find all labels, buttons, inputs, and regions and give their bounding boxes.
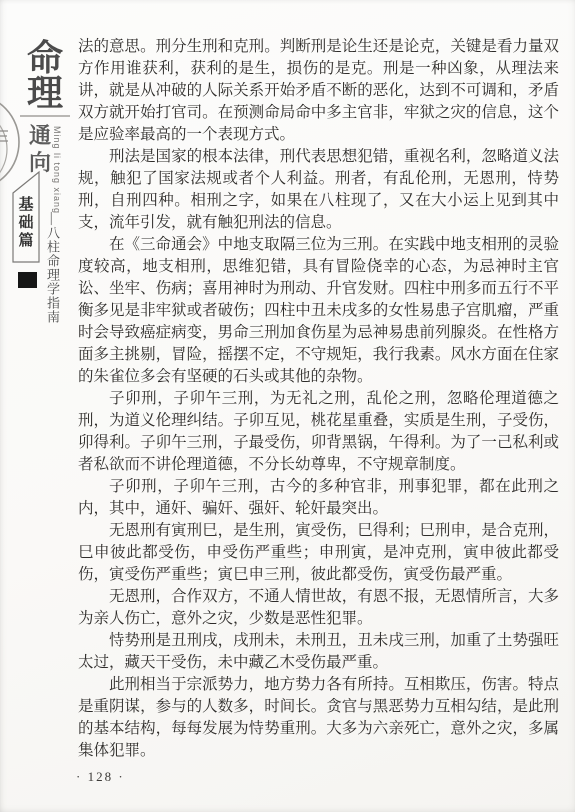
paragraph: 子卯刑，子卯午三刑，为无礼之刑，乱伦之刑，忽略伦理道德之刑，为道义伦理纠结。子卯… — [78, 388, 559, 476]
book-tagline-vertical: —八柱命理学指南 — [43, 212, 62, 332]
page-number: · 128 · — [76, 769, 125, 785]
paragraph: 此刑相当于宗派势力，地方势力各有所持。互相欺压，伤害。特点是重阴谋，参与的人数多… — [78, 674, 559, 762]
title-divider — [20, 115, 70, 117]
series-label: 基础篇 — [15, 196, 37, 250]
accent-square-decoration — [18, 272, 37, 288]
book-subtitle-vertical: 通向 — [28, 122, 52, 176]
book-title-vertical: 命理 — [21, 40, 69, 110]
paragraph: 刑法是国家的根本法律，刑代表思想犯错，重视名利，忽略道义法规，触犯了国家法规或者… — [78, 146, 559, 234]
body-text: 法的意思。刑分生刑和克刑。判断刑是论生还是论克，关键是看力量双方作用谁获利，获利… — [78, 36, 559, 762]
paragraph: 子卯刑，子卯午三刑，古今的多种官非，刑事犯罪，都在此刑之内，其中，通奸、骗奸、强… — [78, 476, 559, 520]
circle-seal-decoration — [0, 95, 19, 189]
paragraph: 无恩刑有寅刑巳，是生刑，寅受伤，巳得利；巳刑申，是合克刑，巳申彼此都受伤，申受伤… — [78, 520, 559, 586]
book-title-romanized: Ming li tong xiang — [52, 126, 62, 222]
book-page: 命理 通向 Ming li tong xiang 基础篇 —八柱命理学指南 法的… — [0, 0, 575, 812]
paragraph: 在《三命通会》中地支取隔三位为三刑。在实践中地支相刑的灵验度较高，地支相刑，思维… — [78, 234, 559, 388]
sidebar: 命理 通向 Ming li tong xiang 基础篇 —八柱命理学指南 — [0, 0, 76, 812]
paragraph: 恃势刑是丑刑戌，戌刑未，未刑丑，丑未戌三刑，加重了土势强旺太过，藏天干受伤，未中… — [78, 630, 559, 674]
paragraph: 法的意思。刑分生刑和克刑。判断刑是论生还是论克，关键是看力量双方作用谁获利，获利… — [78, 36, 559, 146]
paragraph: 无恩刑，合作双方，不通人情世故，有恩不报，无恩情所言，大多为亲人伤亡，意外之灾，… — [78, 586, 559, 630]
